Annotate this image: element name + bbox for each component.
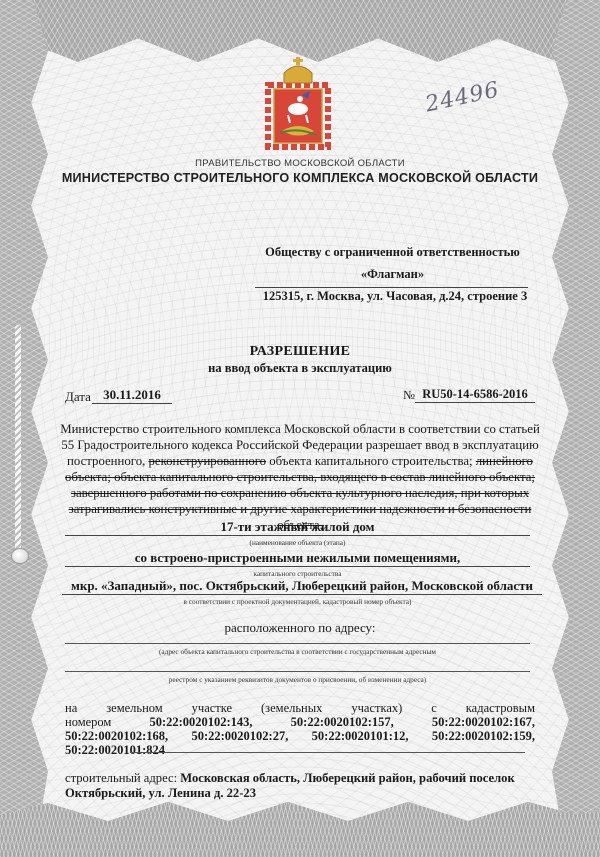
document-title: РАЗРЕШЕНИЕ: [0, 344, 600, 360]
land-plot-intro: на земельном участке (земельных участках…: [65, 701, 535, 715]
cadastral-number: 50:22:0020101:12,: [312, 729, 409, 743]
land-word: с: [431, 701, 437, 715]
land-word: на: [65, 701, 77, 715]
handwritten-registration-number: 24496: [423, 77, 502, 117]
guilloche-border-top: [0, 0, 600, 62]
addressee-company: «Флагман»: [255, 267, 530, 282]
object-name: 17-ти этажный жилой дом: [65, 519, 530, 536]
cadastral-number: 50:22:0020101:824: [65, 743, 165, 757]
construction-address-value-2: Октябрьский, ул. Ленина д. 22-23: [65, 786, 256, 800]
permit-number: RU50-14-6586-2016: [415, 387, 535, 403]
date-label: Дата: [65, 389, 91, 405]
object-name-hint: (наименование объекта (этапа): [65, 538, 530, 547]
guilloche-border-left: [0, 0, 48, 857]
object-name-continued-hint: капитального строительства: [65, 569, 530, 578]
cadastral-row-2: 50:22:0020102:168, 50:22:0020102:27, 50:…: [65, 729, 535, 743]
number-word: номером: [65, 715, 111, 729]
number-label: №: [403, 388, 415, 403]
land-word: участке: [192, 701, 232, 715]
document-subtitle: на ввод объекта в эксплуатацию: [0, 361, 600, 376]
date-value: 30.11.2016: [92, 387, 172, 404]
cadastral-row-3: 50:22:0020101:824: [65, 743, 535, 757]
addressee-line-1: Обществу с ограниченной ответственностью: [255, 245, 530, 260]
cadastral-number: 50:22:0020102:143,: [149, 715, 252, 729]
permit-document: 24496 ПРАВИТЕЛЬСТВО МОСКОВСКОЙ ОБЛАСТИ М…: [0, 0, 600, 857]
government-name: ПРАВИТЕЛЬСТВО МОСКОВСКОЙ ОБЛАСТИ: [0, 158, 600, 169]
land-plot-section: на земельном участке (земельных участках…: [65, 701, 535, 757]
body-struck-text-1: реконструированного: [149, 454, 267, 468]
cadastral-number: 50:22:0020102:157,: [291, 715, 394, 729]
cadastral-number: 50:22:0020102:159,: [432, 729, 535, 743]
address-line-1: [65, 643, 530, 644]
construction-address-label: строительный адрес:: [65, 771, 180, 785]
cadastral-underline: [130, 752, 525, 753]
guilloche-border-bottom: [0, 797, 600, 857]
land-word: (земельных: [261, 701, 322, 715]
construction-address: строительный адрес: Московская область, …: [65, 771, 545, 801]
cadastral-number: 50:22:0020102:167,: [432, 715, 535, 729]
addressee-divider: [255, 287, 528, 288]
binding-seal: [11, 548, 29, 564]
land-word: кадастровым: [466, 701, 535, 715]
ministry-name: МИНИСТЕРСТВО СТРОИТЕЛЬНОГО КОМПЛЕКСА МОС…: [0, 171, 600, 185]
land-word: участках): [351, 701, 402, 715]
address-hint-2: реестром с указанием реквизитов документ…: [65, 675, 530, 684]
address-line-2: [65, 671, 530, 672]
guilloche-border-right: [552, 0, 600, 857]
land-word: земельном: [106, 701, 163, 715]
construction-address-value: Московская область, Люберецкий район, ра…: [180, 771, 515, 785]
located-at-label: расположенного по адресу:: [0, 620, 600, 636]
body-text-part-2: объекта капитального строительства;: [266, 454, 476, 468]
object-location-hint: в соответствии с проектной документацией…: [65, 597, 530, 606]
address-hint-1: (адрес объекта капитального строительств…: [65, 647, 530, 656]
object-location: мкр. «Западный», пос. Октябрьский, Любер…: [62, 578, 542, 595]
moscow-oblast-coat-of-arms-icon: [262, 55, 334, 155]
cadastral-row-1: номером 50:22:0020102:143, 50:22:0020102…: [65, 715, 535, 729]
addressee-address: 125315, г. Москва, ул. Часовая, д.24, ст…: [250, 289, 540, 304]
cadastral-number: 50:22:0020102:168,: [65, 729, 168, 743]
permit-body-text: Министерство строительного комплекса Мос…: [60, 421, 540, 533]
cadastral-number: 50:22:0020102:27,: [191, 729, 288, 743]
object-name-continued: со встроено-пристроенными нежилыми помещ…: [65, 550, 530, 567]
